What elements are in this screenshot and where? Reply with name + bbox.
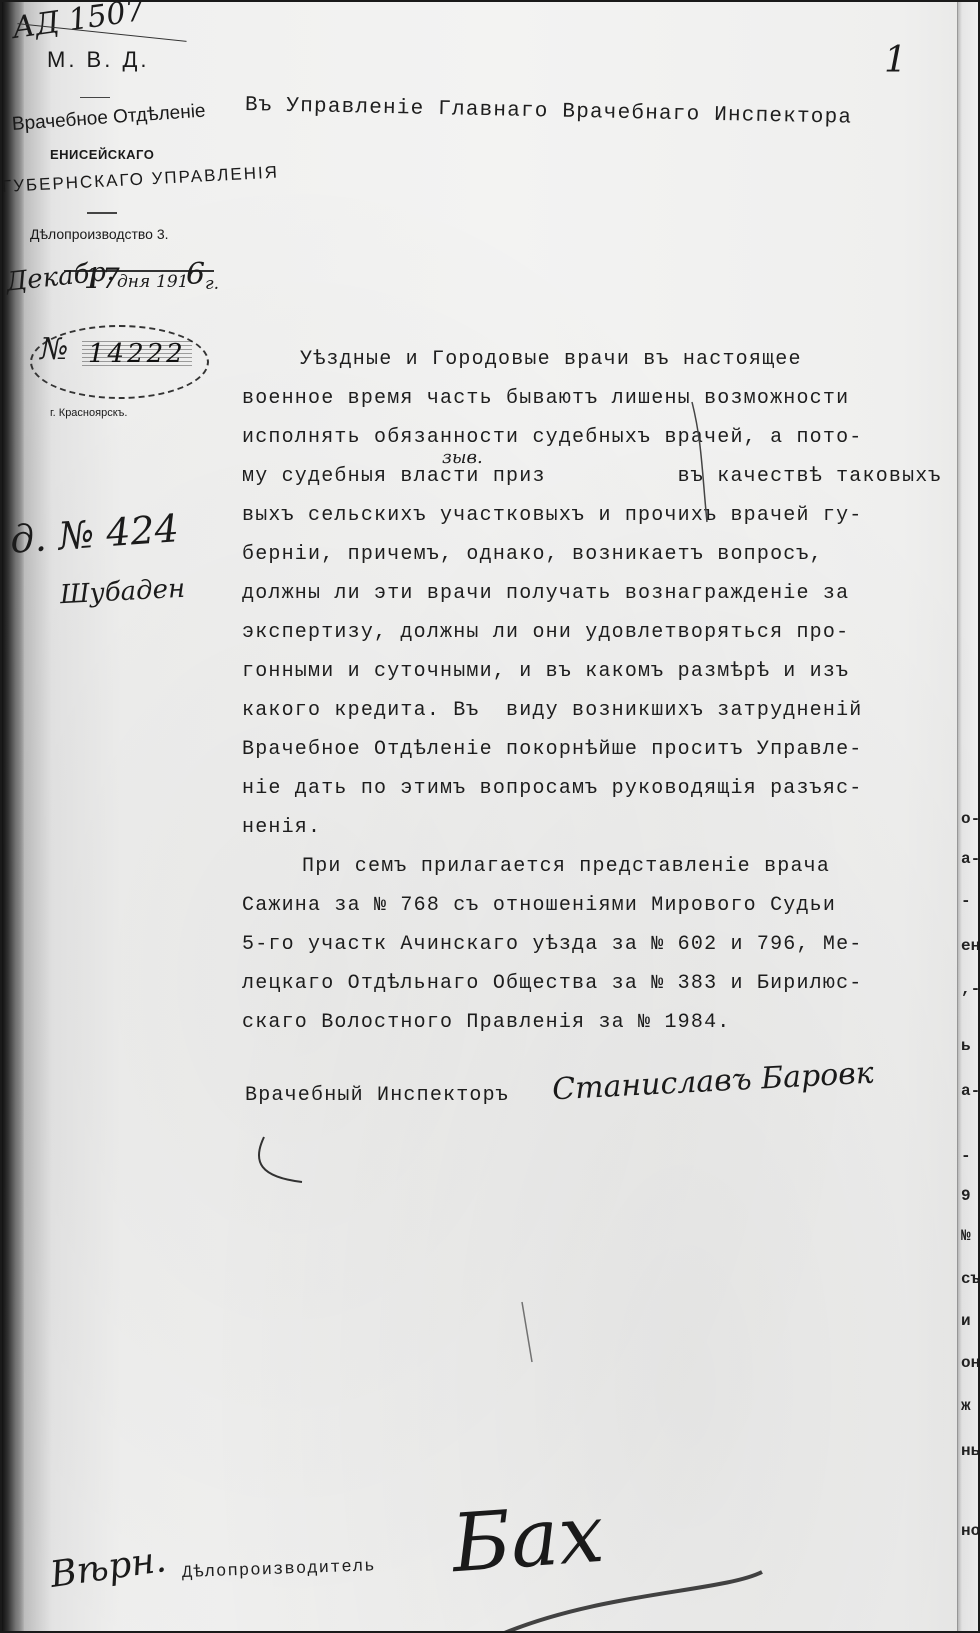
ink-strokes xyxy=(2,2,978,1631)
fragment: но xyxy=(961,1522,978,1540)
fragment: о- xyxy=(961,810,978,828)
adjacent-page-strip: о- а- - ен ,- ь а- - 9 № съ и он ж нь но xyxy=(957,2,978,1631)
fragment: - xyxy=(961,1147,971,1165)
document-page: АД 1507 1 М. В. Д. Врачебное Отдѣленіе Е… xyxy=(2,2,978,1631)
fragment: а- xyxy=(961,850,978,868)
fragment: и xyxy=(961,1312,971,1330)
fragment: ен xyxy=(961,937,978,955)
fragment: - xyxy=(961,892,971,910)
fragment: 9 xyxy=(961,1187,971,1205)
fragment: он xyxy=(961,1354,978,1372)
fragment: а- xyxy=(961,1082,978,1100)
fragment: съ xyxy=(961,1270,978,1288)
fragment: ж xyxy=(961,1397,971,1415)
fragment: нь xyxy=(961,1442,978,1460)
fragment: ,- xyxy=(961,980,978,998)
fragment: ь xyxy=(961,1037,971,1055)
fragment: № xyxy=(961,1227,971,1245)
